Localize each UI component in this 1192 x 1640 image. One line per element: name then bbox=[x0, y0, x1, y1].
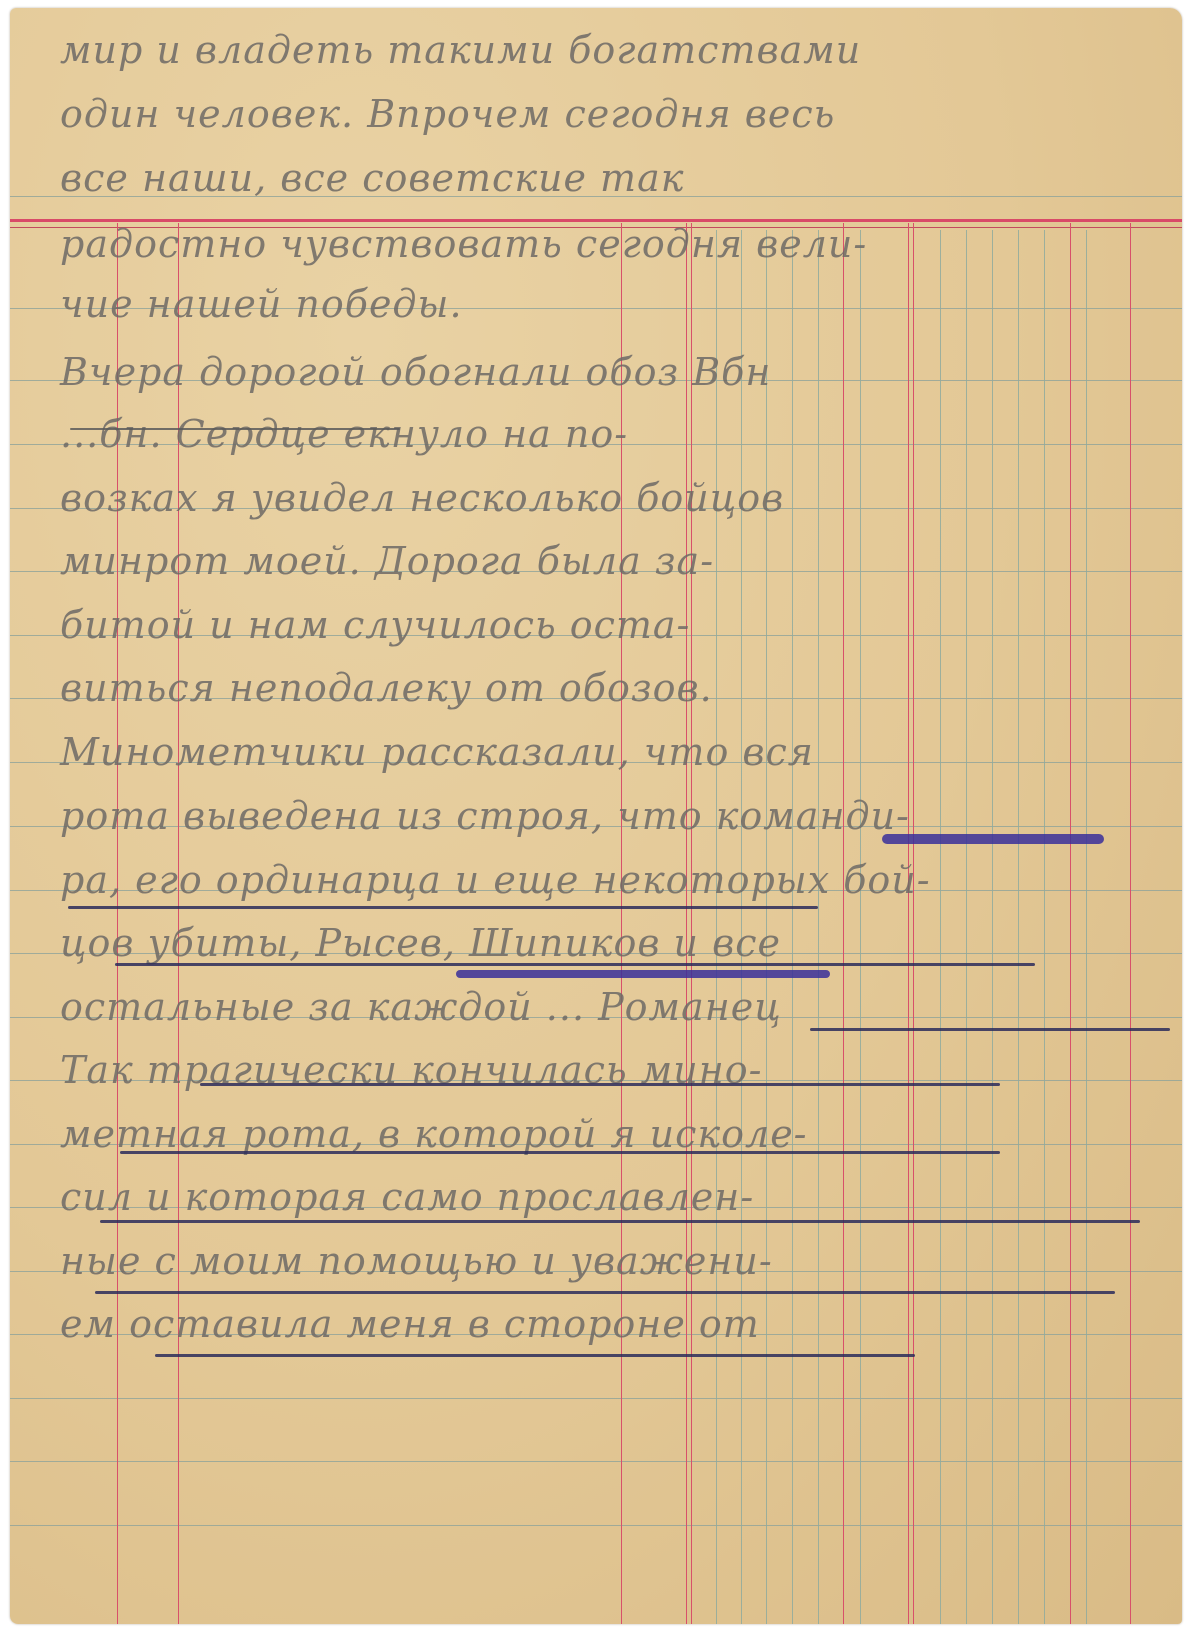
handwritten-line: чие нашей победы. bbox=[60, 282, 1164, 326]
handwritten-line: остальные за каждой ... Романец bbox=[60, 985, 1164, 1029]
ruled-line bbox=[10, 1525, 1182, 1526]
handwritten-line: Вчера дорогой обогнали обоз Вбн bbox=[60, 350, 1164, 394]
ink-underline bbox=[155, 1354, 915, 1357]
ruled-line bbox=[10, 1461, 1182, 1462]
handwritten-line: битой и нам случилось оста- bbox=[60, 603, 1164, 647]
ink-underline bbox=[115, 963, 1035, 966]
ink-underline bbox=[95, 1291, 1115, 1294]
handwritten-line: радостно чувствовать сегодня вели- bbox=[60, 222, 1164, 266]
handwritten-line: метная рота, в которой я исколе- bbox=[60, 1112, 1164, 1156]
ink-underline bbox=[120, 1151, 1000, 1154]
handwritten-line: минрот моей. Дорога была за- bbox=[60, 539, 1164, 583]
handwritten-line: один человек. Впрочем сегодня весь bbox=[60, 92, 1164, 136]
handwritten-line: сил и которая само прославлен- bbox=[60, 1175, 1164, 1219]
ledger-page: мир и владеть такими богатствами один че… bbox=[10, 8, 1182, 1624]
pencil-strikethrough bbox=[70, 428, 400, 430]
ink-underline bbox=[200, 1083, 1000, 1086]
handwritten-line: мир и владеть такими богатствами bbox=[60, 28, 1164, 72]
handwritten-line: цов убиты, Рысев, Шипиков и все bbox=[60, 921, 1164, 965]
ruled-line bbox=[10, 1398, 1182, 1399]
handwritten-line: Минометчики рассказали, что вся bbox=[60, 730, 1164, 774]
ink-scribble bbox=[882, 834, 1104, 844]
ink-underline bbox=[810, 1028, 1170, 1031]
handwritten-line: все наши, все советские так bbox=[60, 156, 1164, 200]
handwritten-line: возках я увидел несколько бойцов bbox=[60, 476, 1164, 520]
handwritten-line: ем оставила меня в стороне от bbox=[60, 1302, 1164, 1346]
ink-underline bbox=[68, 906, 818, 909]
ink-underline bbox=[100, 1220, 1140, 1223]
handwritten-line: ные с моим помощью и уважени- bbox=[60, 1239, 1164, 1283]
ink-scribble bbox=[456, 970, 830, 978]
handwritten-line: рота выведена из строя, что команди- bbox=[60, 794, 1164, 838]
handwritten-line: ...бн. Сердце екнуло на по- bbox=[60, 412, 1164, 456]
handwritten-line: виться неподалеку от обозов. bbox=[60, 666, 1164, 710]
handwritten-line: ра, его ординарца и еще некоторых бой- bbox=[60, 858, 1164, 902]
